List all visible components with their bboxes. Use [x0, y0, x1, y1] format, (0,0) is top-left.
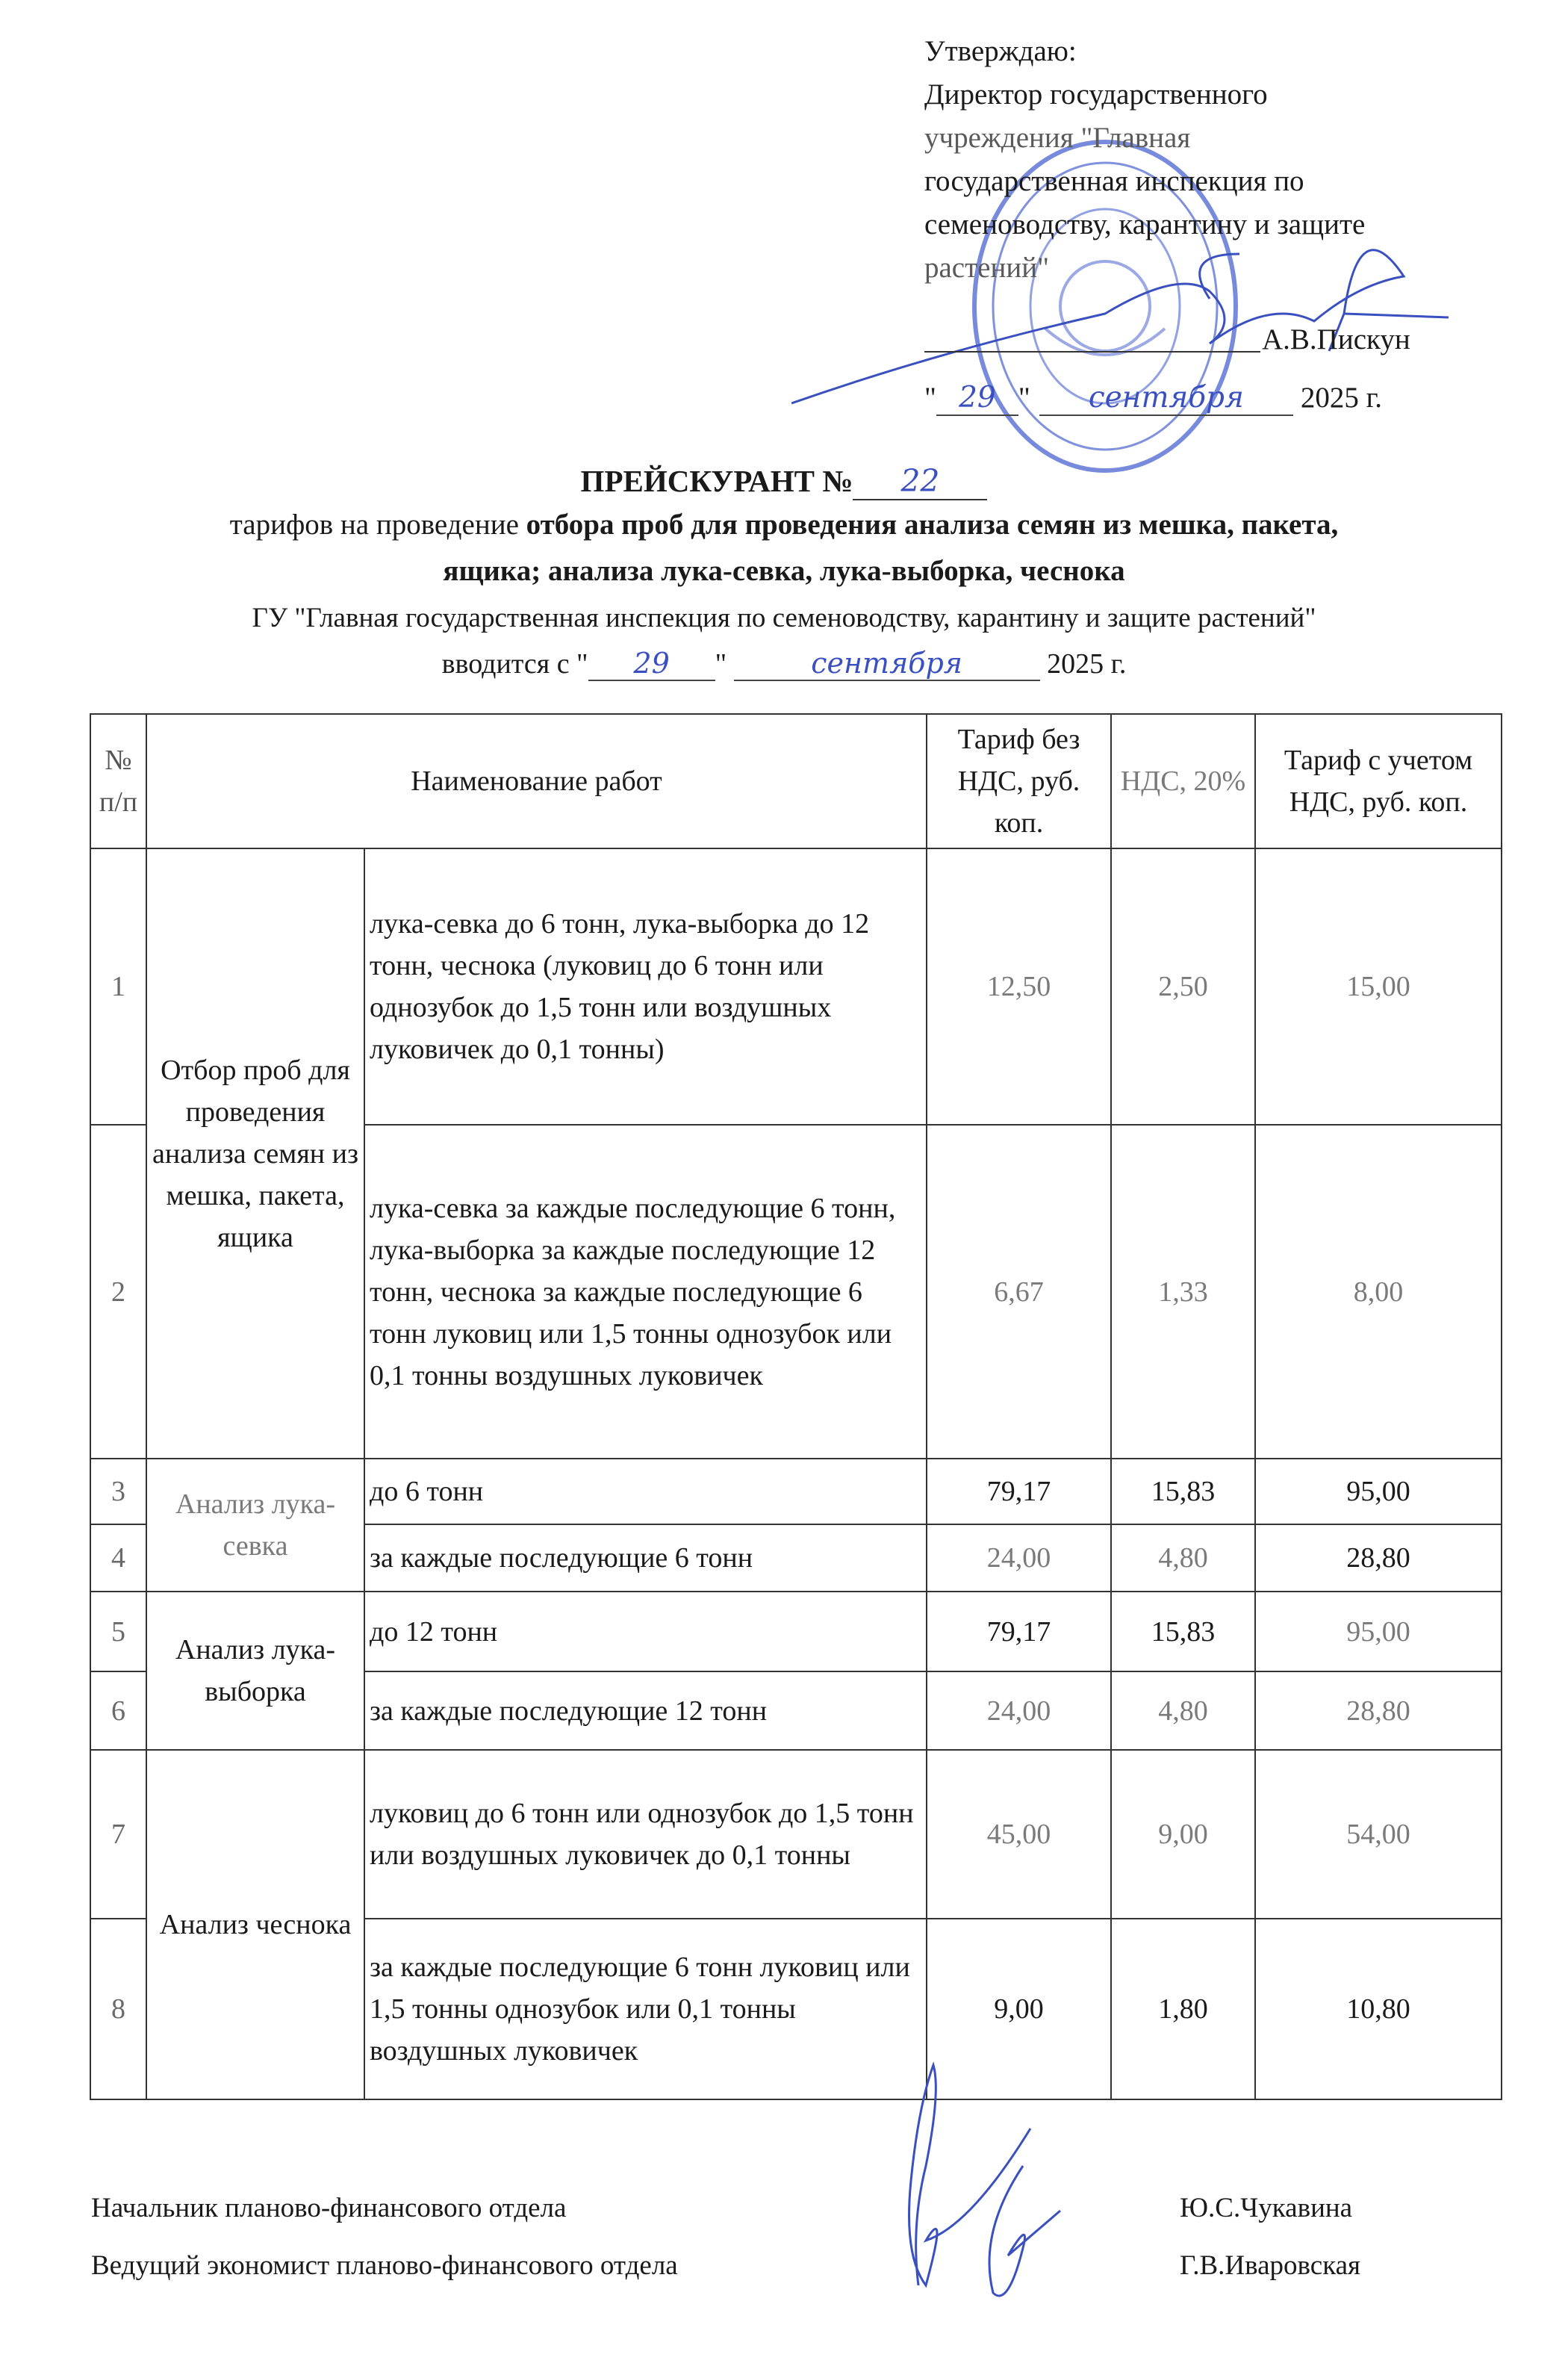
row-group: Анализ лука-выборка	[146, 1592, 364, 1750]
header-vat: НДС, 20%	[1111, 714, 1255, 848]
tariff-with-vat: 95,00	[1255, 1459, 1502, 1524]
subtitle-prefix: тарифов на проведение	[230, 509, 526, 541]
tariff-no-vat: 12,50	[927, 848, 1111, 1125]
vat-amount: 2,50	[1111, 848, 1255, 1125]
row-number: 7	[90, 1750, 146, 1919]
approval-heading: Утверждаю:	[924, 30, 1507, 73]
approval-position-line: учреждения "Главная	[924, 117, 1507, 160]
row-number: 8	[90, 1919, 146, 2099]
intro-month: сентября	[734, 647, 1040, 681]
tariff-with-vat: 28,80	[1255, 1671, 1502, 1750]
approval-position-line: Директор государственного	[924, 73, 1507, 117]
approval-date: "29"сентября2025 г.	[924, 381, 1382, 416]
header-num: № п/п	[90, 714, 146, 848]
subtitle-line-2: ящика; анализа лука-севка, лука-выборка,…	[0, 554, 1568, 588]
tariff-no-vat: 45,00	[927, 1750, 1111, 1919]
tariff-with-vat: 95,00	[1255, 1592, 1502, 1671]
subtitle-line-1: тарифов на проведение отбора проб для пр…	[0, 508, 1568, 541]
approval-position-line: растений"	[924, 246, 1507, 290]
row-description: лука-севка до 6 тонн, лука-выборка до 12…	[364, 848, 927, 1125]
row-number: 5	[90, 1592, 146, 1671]
row-number: 2	[90, 1125, 146, 1459]
row-group: Отбор проб для проведения анализа семян …	[146, 848, 364, 1459]
row-description: лука-севка за каждые последующие 6 тонн,…	[364, 1125, 927, 1459]
tariff-with-vat: 28,80	[1255, 1524, 1502, 1592]
row-description: до 6 тонн	[364, 1459, 927, 1524]
footer-signatures-icon	[881, 2061, 1180, 2360]
effective-date: вводится с "29" сентября 2025 г.	[0, 647, 1568, 681]
signatory-position: Начальник планово-финансового отдела	[91, 2192, 566, 2224]
header-tariff-no-vat: Тариф без НДС, руб. коп.	[927, 714, 1111, 848]
approval-date-day: 29	[936, 381, 1018, 416]
row-group: Анализ лука-севка	[146, 1459, 364, 1592]
signatory-position: Ведущий экономист планово-финансового от…	[91, 2250, 678, 2282]
signatory-name: Г.В.Иваровская	[1180, 2250, 1360, 2282]
row-description: до 12 тонн	[364, 1592, 927, 1671]
approval-date-month: сентября	[1039, 381, 1293, 416]
director-name: А.В.Пискун	[1262, 323, 1410, 356]
row-number: 6	[90, 1671, 146, 1750]
approval-position-line: государственная инспекция по	[924, 160, 1507, 203]
subtitle-bold-1: отбора проб для проведения анализа семян…	[526, 509, 1339, 541]
vat-amount: 1,33	[1111, 1125, 1255, 1459]
intro-year: 2025 г.	[1047, 648, 1126, 680]
tariff-with-vat: 15,00	[1255, 848, 1502, 1125]
row-number: 1	[90, 848, 146, 1125]
tariff-table: № п/п Наименование работ Тариф без НДС, …	[90, 713, 1502, 2100]
tariff-no-vat: 79,17	[927, 1459, 1111, 1524]
tariff-with-vat: 54,00	[1255, 1750, 1502, 1919]
row-number: 4	[90, 1524, 146, 1592]
vat-amount: 9,00	[1111, 1750, 1255, 1919]
row-group: Анализ чеснока	[146, 1750, 364, 2099]
tariff-no-vat: 24,00	[927, 1524, 1111, 1592]
tariff-with-vat: 10,80	[1255, 1919, 1502, 2099]
row-description: за каждые последующие 12 тонн	[364, 1671, 927, 1750]
approval-block: Утверждаю: Директор государственного учр…	[924, 30, 1507, 290]
organization-name: ГУ "Главная государственная инспекция по…	[0, 602, 1568, 634]
title-label: ПРЕЙСКУРАНТ №	[581, 464, 853, 498]
row-description: за каждые последующие 6 тонн луковиц или…	[364, 1919, 927, 2099]
vat-amount: 15,83	[1111, 1592, 1255, 1671]
tariff-no-vat: 6,67	[927, 1125, 1111, 1459]
vat-amount: 4,80	[1111, 1671, 1255, 1750]
page-title: ПРЕЙСКУРАНТ №22	[0, 463, 1568, 500]
approval-position-line: семеноводству, карантину и защите	[924, 203, 1507, 246]
tariff-with-vat: 8,00	[1255, 1125, 1502, 1459]
approval-date-year: 2025 г.	[1301, 382, 1382, 414]
table-row: 1 Отбор проб для проведения анализа семя…	[90, 848, 1502, 1125]
tariff-no-vat: 24,00	[927, 1671, 1111, 1750]
header-tariff-with-vat: Тариф с учетом НДС, руб. коп.	[1255, 714, 1502, 848]
tariff-no-vat: 79,17	[927, 1592, 1111, 1671]
price-list-number: 22	[853, 463, 987, 500]
intro-day: 29	[588, 647, 715, 681]
vat-amount: 15,83	[1111, 1459, 1255, 1524]
table-header-row: № п/п Наименование работ Тариф без НДС, …	[90, 714, 1502, 848]
intro-mid: "	[715, 648, 727, 680]
signatory-name: Ю.С.Чукавина	[1180, 2192, 1352, 2224]
vat-amount: 4,80	[1111, 1524, 1255, 1592]
table-row: 5 Анализ лука-выборка до 12 тонн 79,17 1…	[90, 1592, 1502, 1671]
intro-prefix: вводится с "	[442, 648, 588, 680]
table-row: 3 Анализ лука-севка до 6 тонн 79,17 15,8…	[90, 1459, 1502, 1524]
table-row: 7 Анализ чеснока луковиц до 6 тонн или о…	[90, 1750, 1502, 1919]
signature-line	[924, 351, 1260, 353]
row-description: луковиц до 6 тонн или однозубок до 1,5 т…	[364, 1750, 927, 1919]
row-number: 3	[90, 1459, 146, 1524]
row-description: за каждые последующие 6 тонн	[364, 1524, 927, 1592]
header-name: Наименование работ	[146, 714, 927, 848]
